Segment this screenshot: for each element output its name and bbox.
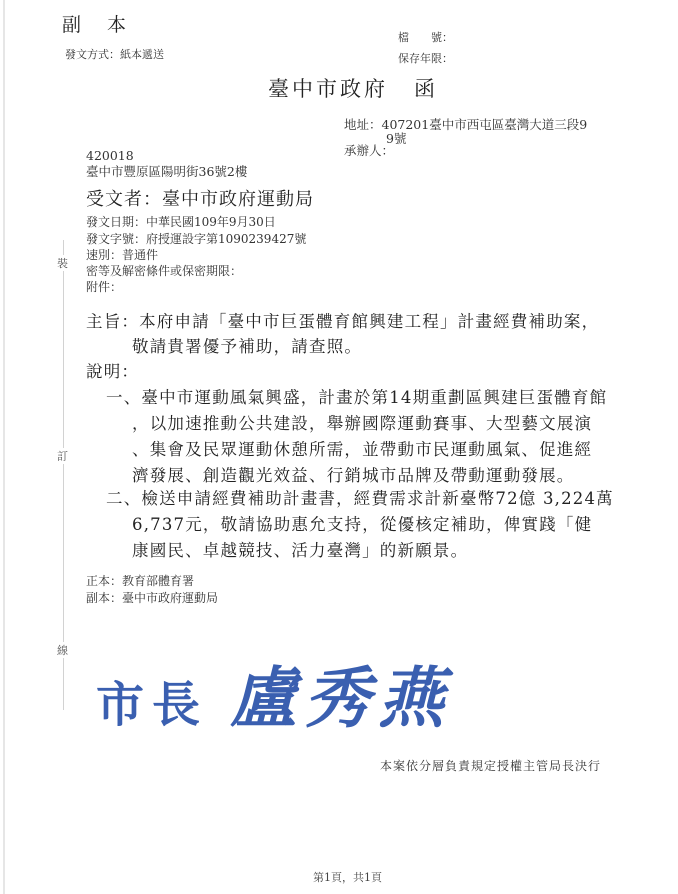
recipient: 受文者：臺中市政府運動局: [86, 185, 314, 211]
binding-line: [63, 240, 64, 710]
item1-line-3: 、集會及民眾運動休憩所需，並帶動市民運動風氣、促進經: [132, 436, 592, 460]
subject-line-2: 敬請貴署優予補助，請查照。: [132, 333, 362, 357]
binding-char-ding: 訂: [57, 448, 68, 464]
subject-line-1: 主旨：本府申請「臺中市巨蛋體育館興建工程」計畫經費補助案，: [86, 308, 599, 332]
attachments: 附件：: [86, 278, 122, 295]
original-to: 正本：教育部體育署: [86, 572, 194, 589]
signature-name: 盧秀燕: [230, 659, 452, 737]
delegation-note: 本案依分層負責規定授權主管局長決行: [380, 757, 601, 774]
confidentiality: 密等及解密條件或保密期限：: [86, 262, 242, 279]
explanation-label: 說明：: [86, 358, 139, 382]
issue-number: 發文字號：府授運設字第1090239427號: [86, 230, 306, 247]
recipient-address: 臺中市豐原區陽明街36號2樓: [86, 162, 247, 180]
retention-label: 保存年限：: [398, 50, 453, 66]
copy-mark: 副 本: [62, 10, 136, 37]
mayor-signature-stamp: 市長盧秀燕: [96, 645, 452, 740]
item2-line-1: 二、檢送申請經費補助計畫書，經費需求計新臺幣72億 3,224萬: [106, 485, 614, 509]
copy-to: 副本：臺中市政府運動局: [86, 589, 218, 606]
document-title: 臺中市政府函: [268, 73, 438, 103]
binding-char-zhuang: 裝: [57, 255, 68, 271]
item1-line-2: ，以加速推動公共建設，舉辦國際運動賽事、大型藝文展演: [132, 410, 592, 434]
binding-char-xian: 線: [57, 642, 68, 658]
handler-label: 承辦人：: [344, 141, 394, 159]
item2-line-2: 6,737元，敬請協助惠允支持，從優核定補助，俾實踐「健: [132, 511, 592, 535]
sender-address-line1: 地址：407201臺中市西屯區臺灣大道三段9: [344, 115, 587, 133]
speed: 速別：普通件: [86, 246, 158, 263]
item2-line-3: 康國民、卓越競技、活力臺灣」的新願景。: [132, 537, 468, 561]
file-number-label: 檔 號：: [398, 29, 453, 45]
item1-line-4: 濟發展、創造觀光效益、行銷城市品牌及帶動運動發展。: [132, 462, 575, 486]
title-type: 函: [414, 77, 438, 101]
recipient-postcode: 420018: [86, 148, 134, 163]
page-number: 第1頁，共1頁: [313, 869, 382, 885]
signature-title: 市長: [96, 677, 208, 733]
issue-date: 發文日期：中華民國109年9月30日: [86, 213, 276, 230]
title-org: 臺中市政府: [268, 77, 388, 101]
scan-edge: [3, 0, 5, 894]
item1-line-1: 一、臺中市運動風氣興盛，計畫於第14期重劃區興建巨蛋體育館: [106, 384, 607, 408]
official-letter: 裝 訂 線 副 本 發文方式：紙本遞送 檔 號： 保存年限： 臺中市政府函 地址…: [0, 0, 678, 894]
delivery-method: 發文方式：紙本遞送: [65, 46, 164, 62]
